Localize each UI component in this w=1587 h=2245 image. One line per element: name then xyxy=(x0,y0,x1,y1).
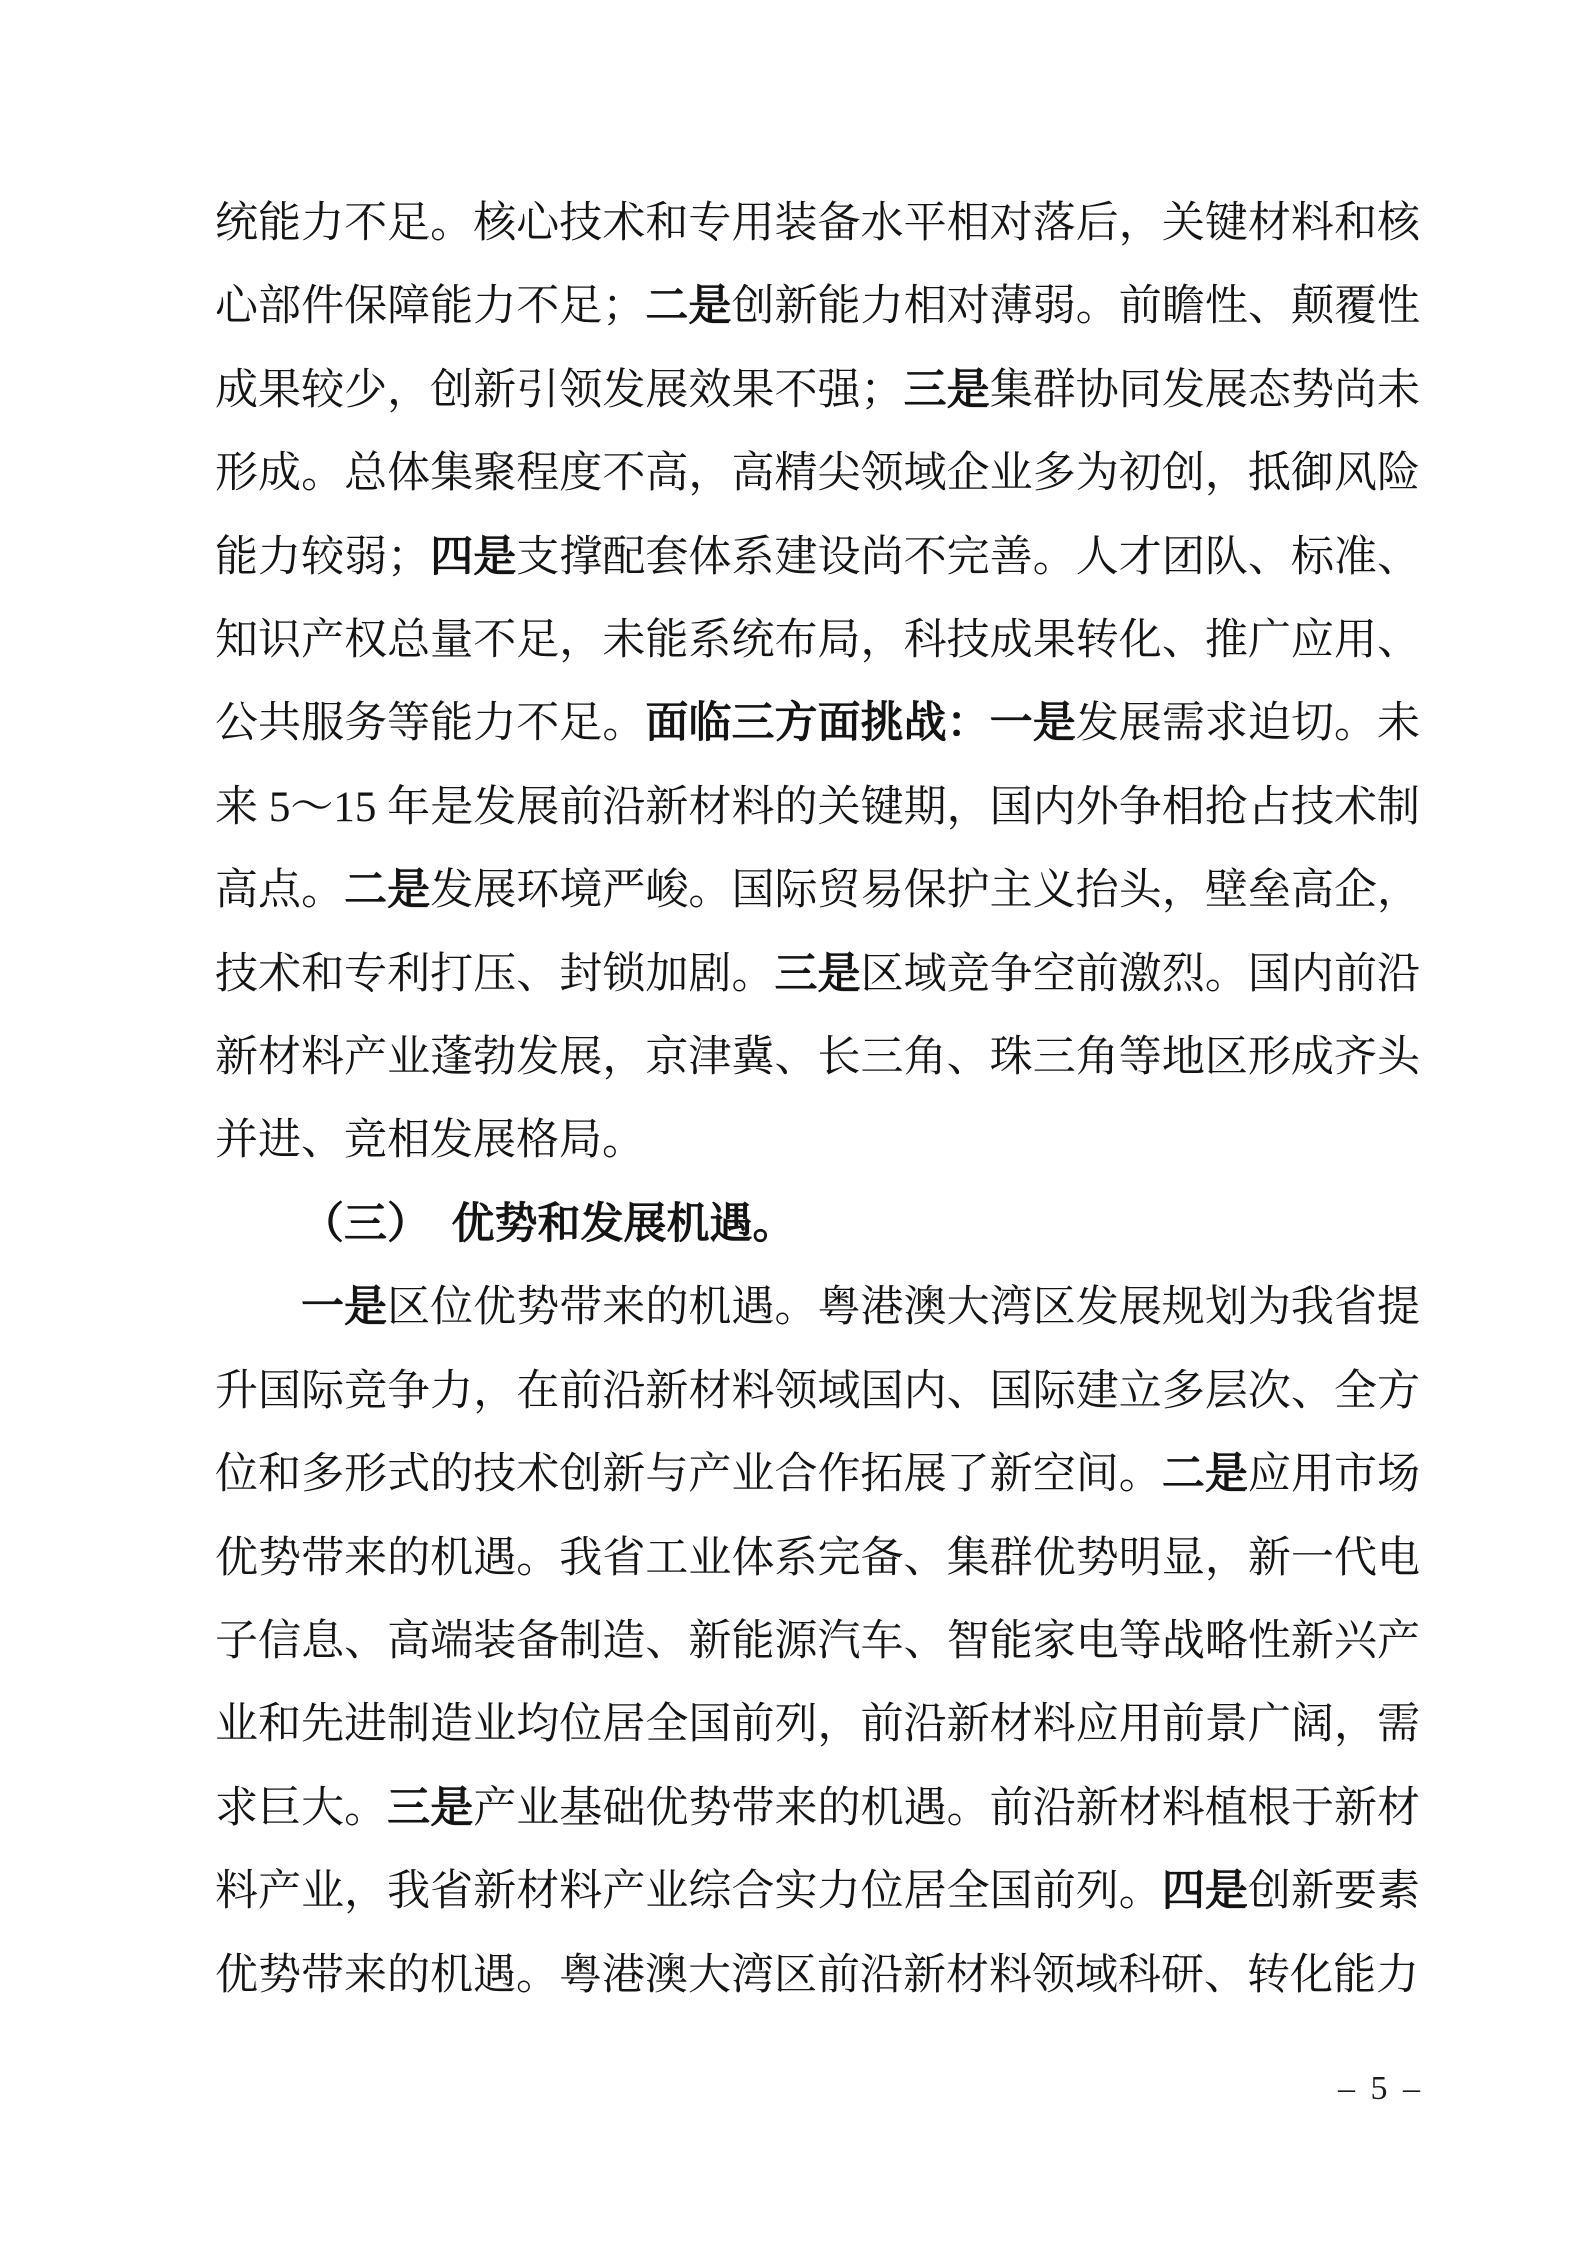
text-run: 应用市场优势带来的机遇。我省工业体系完备、集群优势明显，新一代电子信息、高端装备… xyxy=(215,1451,1420,1832)
text-run: 二是 xyxy=(344,866,430,914)
section-heading-advantages-opportunities: （三） 优势和发展机遇。 xyxy=(215,1183,1420,1266)
text-run: （三） 优势和发展机遇。 xyxy=(301,1201,796,1248)
paragraph-opportunities: 一是区位优势带来的机遇。粤港澳大湾区发展规划为我省提升国际竞争力，在前沿新材料领… xyxy=(215,1266,1420,2017)
page-number: – 5 – xyxy=(0,2070,1420,2108)
text-run: 一是 xyxy=(301,1283,387,1331)
text-run: 二是 xyxy=(645,282,731,330)
text-run: 三是 xyxy=(904,366,990,414)
text-run: 三是 xyxy=(774,950,860,998)
text-run: 三是 xyxy=(387,1784,473,1832)
document-body: 统能力不足。核心技术和专用装备水平相对落后，关键材料和核心部件保障能力不足；二是… xyxy=(215,182,1420,2017)
paragraph-problems-and-challenges: 统能力不足。核心技术和专用装备水平相对落后，关键材料和核心部件保障能力不足；二是… xyxy=(215,182,1420,1183)
document-page: 统能力不足。核心技术和专用装备水平相对落后，关键材料和核心部件保障能力不足；二是… xyxy=(0,0,1587,2245)
text-run: 一是 xyxy=(990,699,1076,747)
text-run: 四是 xyxy=(430,533,516,581)
text-run: 面临三方面挑战： xyxy=(645,700,989,747)
text-run: 二是 xyxy=(1162,1450,1248,1498)
text-run: 四是 xyxy=(1162,1867,1248,1915)
